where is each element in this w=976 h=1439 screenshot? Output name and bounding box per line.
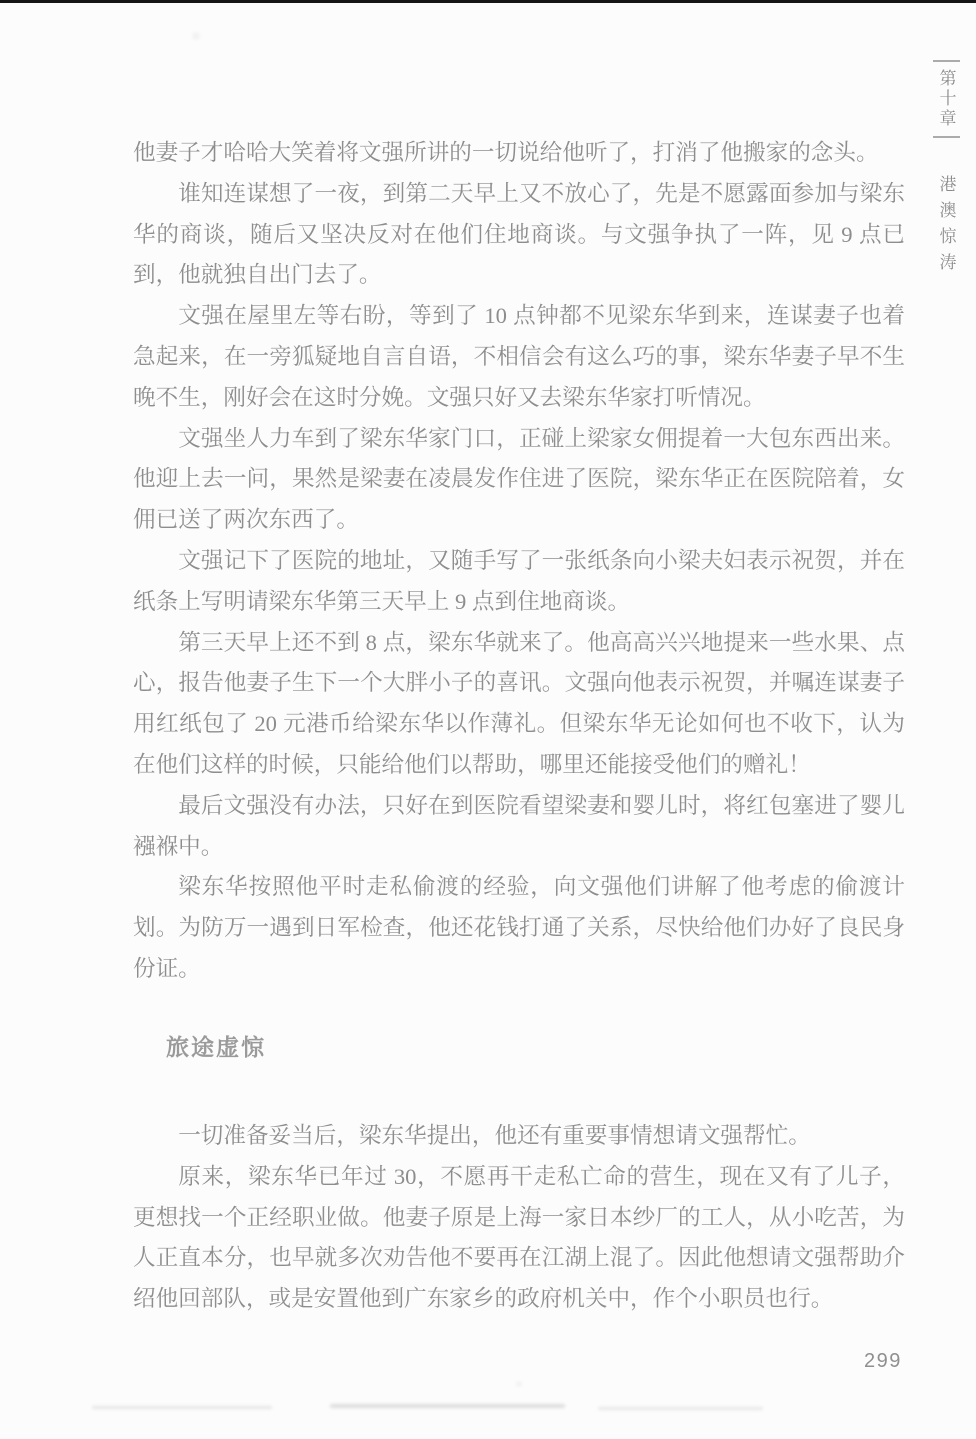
paragraph: 谁知连谋想了一夜，到第二天早上又不放心了，先是不愿露面参加与梁东华的商谈，随后又… — [133, 174, 905, 296]
paragraph: 文强坐人力车到了梁东华家门口，正碰上梁家女佣提着一大包东西出来。他迎上去一问，果… — [133, 419, 905, 541]
chapter-rule-bottom — [933, 136, 960, 138]
body-text-section-1: 他妻子才哈哈大笑着将文强所讲的一切说给他听了，打消了他搬家的念头。 谁知连谋想了… — [133, 133, 905, 990]
scan-artifact — [598, 1407, 763, 1410]
paragraph: 第三天早上还不到 8 点，梁东华就来了。他高高兴兴地提来一些水果、点心，报告他妻… — [133, 623, 905, 786]
paragraph: 最后文强没有办法，只好在到医院看望梁妻和婴儿时，将红包塞进了婴儿襁褓中。 — [133, 786, 905, 868]
book-page: 他妻子才哈哈大笑着将文强所讲的一切说给他听了，打消了他搬家的念头。 谁知连谋想了… — [0, 0, 976, 1439]
paragraph: 一切准备妥当后，梁东华提出，他还有重要事情想请文强帮忙。 — [133, 1116, 905, 1157]
running-title: 港澳惊涛 — [934, 175, 959, 279]
section-heading: 旅途虚惊 — [166, 1029, 266, 1062]
scan-top-edge-line — [0, 0, 976, 3]
scan-artifact — [330, 1404, 565, 1408]
body-text-section-2: 一切准备妥当后，梁东华提出，他还有重要事情想请文强帮忙。 原来，梁东华已年过 3… — [133, 1116, 905, 1320]
paragraph: 他妻子才哈哈大笑着将文强所讲的一切说给他听了，打消了他搬家的念头。 — [133, 133, 905, 174]
paragraph: 原来，梁东华已年过 30，不愿再干走私亡命的营生，现在又有了儿子，更想找一个正经… — [133, 1157, 905, 1320]
paragraph: 梁东华按照他平时走私偷渡的经验，向文强他们讲解了他考虑的偷渡计划。为防万一遇到日… — [133, 867, 905, 989]
chapter-label: 第十章 — [934, 69, 959, 129]
paragraph: 文强在屋里左等右盼，等到了 10 点钟都不见梁东华到来，连谋妻子也着急起来，在一… — [133, 296, 905, 418]
page-number: 299 — [864, 1350, 902, 1373]
scan-artifact — [192, 32, 200, 40]
chapter-sidebar: 第十章 港澳惊涛 — [928, 60, 964, 279]
chapter-rule-top — [933, 60, 960, 62]
paragraph: 文强记下了医院的地址，又随手写了一张纸条向小梁夫妇表示祝贺，并在纸条上写明请梁东… — [133, 541, 905, 623]
scan-artifact — [92, 1406, 272, 1409]
scan-artifact — [516, 1382, 522, 1386]
